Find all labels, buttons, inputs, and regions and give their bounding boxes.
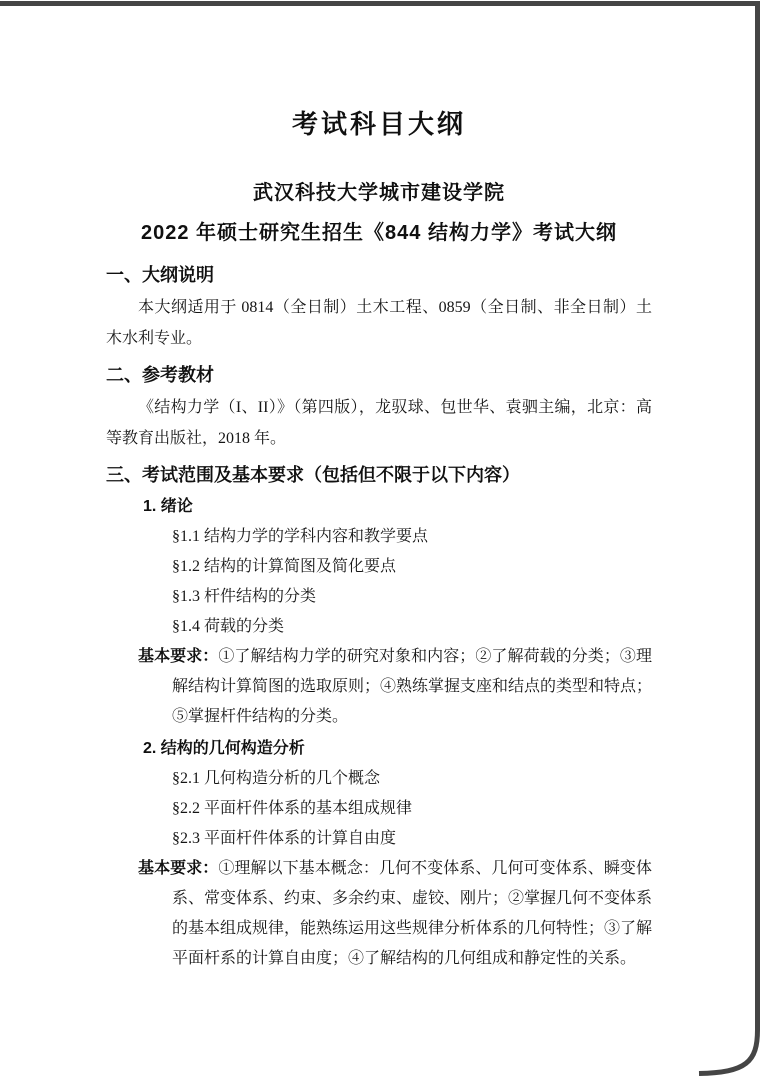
document-page: 考试科目大纲 武汉科技大学城市建设学院 2022 年硕士研究生招生《844 结构… [0,0,763,1080]
section-1-paragraph: 本大纲适用于 0814（全日制）土木工程、0859（全日制、非全日制）土木水利专… [106,292,652,354]
section-3-heading: 三、考试范围及基本要求（包括但不限于以下内容） [106,460,652,490]
chapter-2-item-2: §2.2 平面杆件体系的基本组成规律 [172,794,652,824]
chapter-1-requirements: 基本要求：①了解结构力学的研究对象和内容；②了解荷载的分类；③理解结构计算简图的… [138,642,652,732]
chapter-2-item-1: §2.1 几何构造分析的几个概念 [172,764,652,794]
chapter-2-title: 2. 结构的几何构造分析 [143,734,652,764]
exam-outline-title: 2022 年硕士研究生招生《844 结构力学》考试大纲 [106,218,652,248]
chapter-1-item-3: §1.3 杆件结构的分类 [172,582,652,612]
chapter-1-requirements-label: 基本要求： [138,648,218,665]
chapter-1-item-1: §1.1 结构力学的学科内容和教学要点 [172,522,652,552]
chapter-2-item-3: §2.3 平面杆件体系的计算自由度 [172,824,652,854]
document-title: 考试科目大纲 [106,104,652,144]
section-1-heading: 一、大纲说明 [106,260,652,290]
section-2-paragraph: 《结构力学（I、II）》（第四版），龙驭球、包世华、袁驷主编，北京：高等教育出版… [106,392,652,454]
chapter-2-requirements-label: 基本要求： [138,860,218,877]
chapter-2-requirements: 基本要求：①理解以下基本概念：几何不变体系、几何可变体系、瞬变体系、常变体系、约… [138,854,652,974]
institution-name: 武汉科技大学城市建设学院 [106,178,652,208]
chapter-2: 2. 结构的几何构造分析 §2.1 几何构造分析的几个概念 §2.2 平面杆件体… [106,734,652,974]
chapter-1-item-2: §1.2 结构的计算简图及简化要点 [172,552,652,582]
chapter-2-requirements-text: ①理解以下基本概念：几何不变体系、几何可变体系、瞬变体系、常变体系、约束、多余约… [172,860,652,967]
document-content: 考试科目大纲 武汉科技大学城市建设学院 2022 年硕士研究生招生《844 结构… [106,104,652,974]
chapter-1-requirements-text: ①了解结构力学的研究对象和内容；②了解荷载的分类；③理解结构计算简图的选取原则；… [172,648,652,725]
chapter-1-item-4: §1.4 荷载的分类 [172,612,652,642]
section-2-heading: 二、参考教材 [106,360,652,390]
chapter-1: 1. 绪论 §1.1 结构力学的学科内容和教学要点 §1.2 结构的计算简图及简… [106,492,652,732]
chapter-1-title: 1. 绪论 [143,492,652,522]
